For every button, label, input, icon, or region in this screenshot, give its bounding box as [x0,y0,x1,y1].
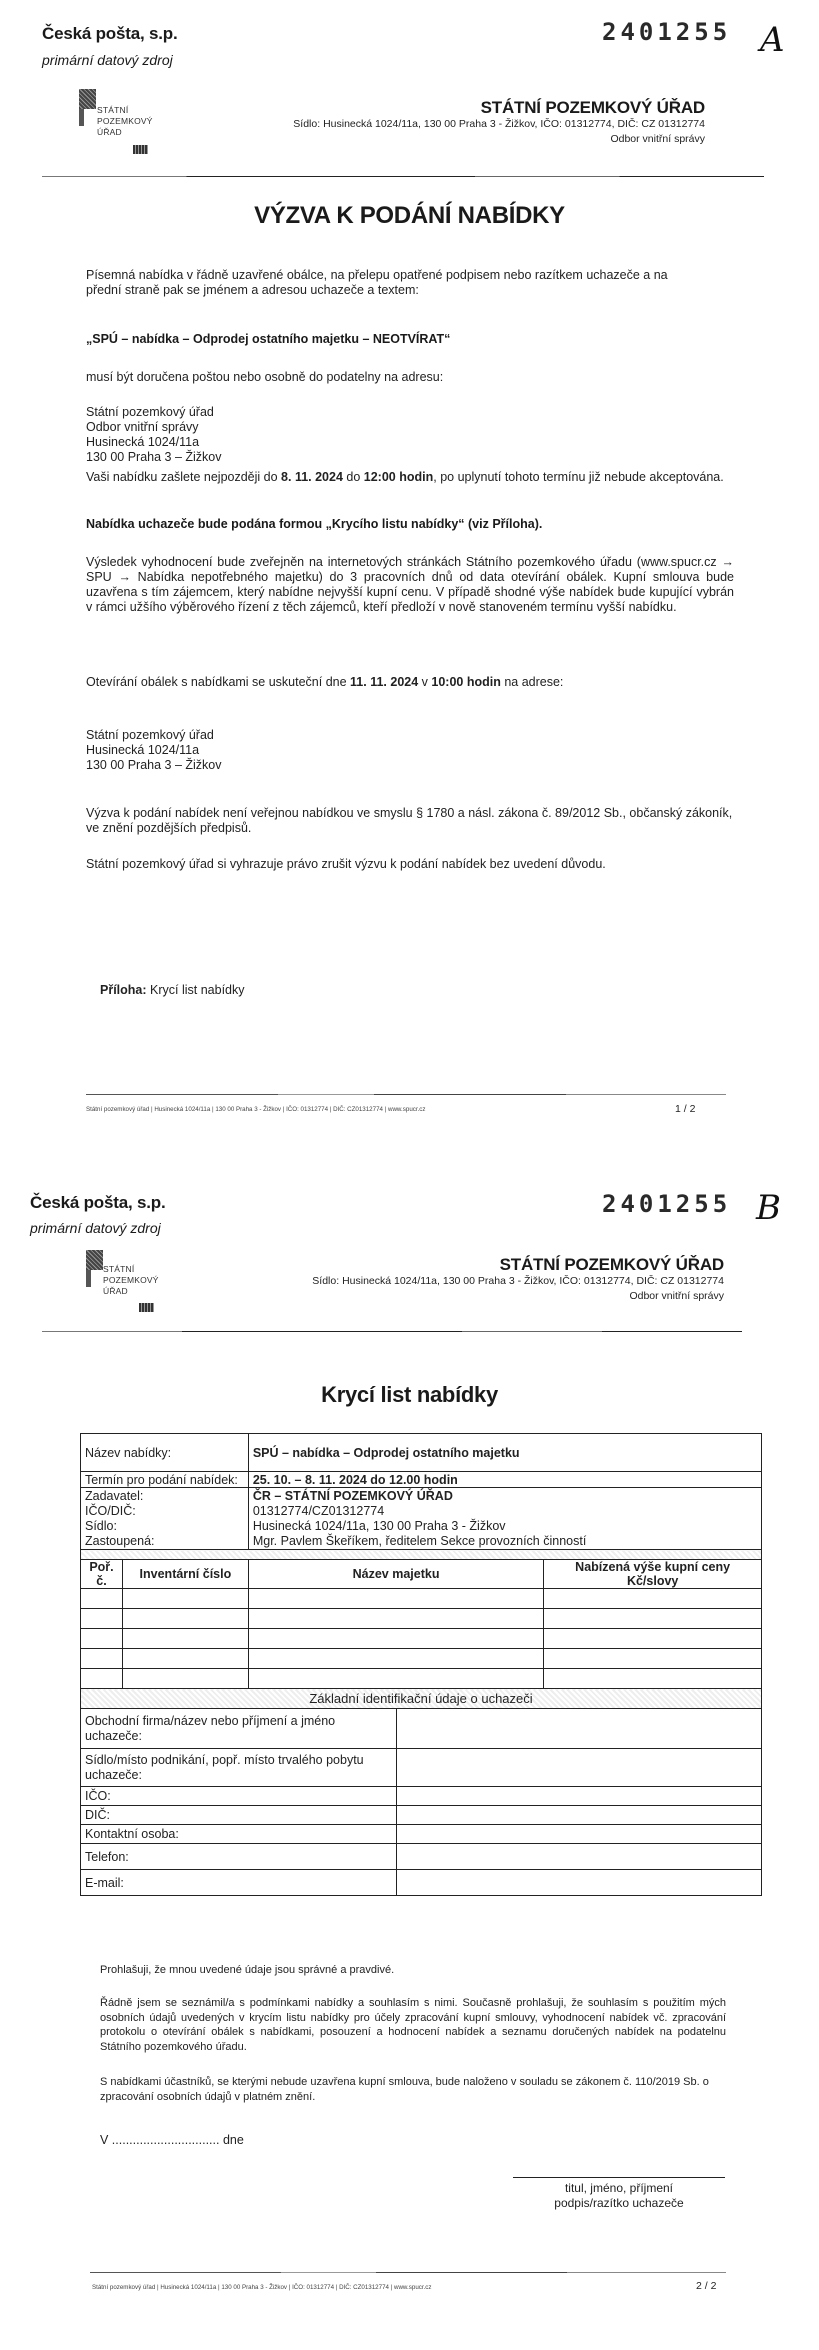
logo-chip-icon [139,1303,154,1312]
bidder-section-title: Základní identifikační údaje o uchazeči [81,1689,762,1709]
footer-divider [90,2272,726,2273]
offer-name-label: Název nabídky: [81,1434,249,1472]
cell-order[interactable] [81,1649,123,1669]
bidder-field-row: Sídlo/místo podnikání, popř. místo trval… [81,1749,762,1787]
envelope-text: „SPÚ – nabídka – Odprodej ostatního maje… [86,332,450,346]
bidder-company-input[interactable] [396,1709,761,1749]
deadline-row: Termín pro podání nabídek: 25. 10. – 8. … [81,1472,762,1488]
footer-text: Státní pozemkový úřad | Husinecká 1024/1… [92,2284,431,2291]
bidder-email-input[interactable] [396,1870,761,1896]
bidder-section-row: Základní identifikační údaje o uchazeči [81,1689,762,1709]
spu-logo [86,1250,103,1270]
logo-text: STÁTNÍ POZEMKOVÝ ÚŘAD [97,105,153,138]
logo-bar-icon [86,1270,91,1287]
bidder-field-row: Obchodní firma/název nebo příjmení a jmé… [81,1709,762,1749]
logo-bar-icon [79,109,84,126]
issuer-values: ČR – STÁTNÍ POZEMKOVÝ ÚŘAD 01312774/CZ01… [248,1488,761,1550]
offer-name-row: Název nabídky: SPÚ – nabídka – Odprodej … [81,1434,762,1472]
opening-paragraph: Otevírání obálek s nabídkami se uskutečn… [86,675,563,690]
bidder-phone-input[interactable] [396,1844,761,1870]
legal-note: Výzva k podání nabídek není veřejnou nab… [86,806,736,836]
cell-inventory[interactable] [122,1669,248,1689]
bidder-field-label: DIČ: [81,1806,397,1825]
spacer-cell [81,1550,762,1560]
logo-mark-icon [79,89,96,109]
opening-address: Státní pozemkový úřad Husinecká 1024/11a… [86,728,222,773]
cover-sheet-table: Název nabídky: SPÚ – nabídka – Odprodej … [80,1433,762,1896]
cell-inventory[interactable] [122,1629,248,1649]
header-divider [42,1331,742,1332]
evaluation-paragraph: Výsledek vyhodnocení bude zveřejněn na i… [86,555,734,615]
bidder-dic-input[interactable] [396,1806,761,1825]
bidder-field-row: E-mail: [81,1870,762,1896]
cell-asset-name[interactable] [248,1609,543,1629]
reservation-note: Státní pozemkový úřad si vyhrazuje právo… [86,857,606,872]
cell-asset-name[interactable] [248,1589,543,1609]
post-subtitle: primární datový zdroj [30,1220,161,1236]
bidder-field-row: IČO: [81,1787,762,1806]
cell-inventory[interactable] [122,1609,248,1629]
deadline-value: 25. 10. – 8. 11. 2024 do 12.00 hodin [248,1472,761,1488]
post-name: Česká pošta, s.p. [30,1193,166,1213]
bidder-field-label: Obchodní firma/název nebo příjmení a jmé… [81,1709,397,1749]
signature-caption: titul, jméno, příjmení podpis/razítko uc… [513,2181,725,2211]
cell-order[interactable] [81,1589,123,1609]
stamp-number: 2401255 [602,1190,731,1218]
bidder-field-row: DIČ: [81,1806,762,1825]
bidder-field-row: Telefon: [81,1844,762,1870]
cell-asset-name[interactable] [248,1649,543,1669]
cover-sheet-title: Krycí list nabídky [0,1382,819,1408]
items-row [81,1649,762,1669]
page-number: 1 / 2 [675,1103,695,1115]
bidder-ico-input[interactable] [396,1787,761,1806]
cell-inventory[interactable] [122,1649,248,1669]
spu-logo [79,89,96,109]
items-row [81,1629,762,1649]
form-note: Nabídka uchazeče bude podána formou „Kry… [86,517,542,531]
bidder-field-label: Telefon: [81,1844,397,1870]
bidder-field-label: E-mail: [81,1870,397,1896]
org-title: STÁTNÍ POZEMKOVÝ ÚŘAD [481,98,705,118]
logo-text: STÁTNÍ POZEMKOVÝ ÚŘAD [103,1264,159,1297]
deadline-paragraph: Vaši nabídku zašlete nejpozději do 8. 11… [86,470,734,485]
cell-price[interactable] [544,1629,762,1649]
cell-inventory[interactable] [122,1589,248,1609]
stamp-letter: A [760,20,785,60]
cell-asset-name[interactable] [248,1669,543,1689]
items-row [81,1609,762,1629]
signature-line[interactable] [513,2177,725,2178]
offer-name-value: SPÚ – nabídka – Odprodej ostatního majet… [248,1434,761,1472]
place-date-line[interactable]: V ............................... dne [100,2133,244,2148]
page-number: 2 / 2 [696,2280,716,2292]
header-divider [42,176,764,177]
bidder-field-label: Kontaktní osoba: [81,1825,397,1844]
col-header-price: Nabízená výše kupní ceny Kč/slovy [544,1560,762,1589]
cell-order[interactable] [81,1629,123,1649]
org-title: STÁTNÍ POZEMKOVÝ ÚŘAD [500,1255,724,1275]
delivery-intro: musí být doručena poštou nebo osobně do … [86,370,443,385]
cell-price[interactable] [544,1589,762,1609]
post-subtitle: primární datový zdroj [42,52,173,68]
col-header-order: Poř. č. [81,1560,123,1589]
logo-mark-icon [86,1250,103,1270]
stamp-number: 2401255 [602,18,731,46]
issuer-labels: Zadavatel: IČO/DIČ: Sídlo: Zastoupená: [81,1488,249,1550]
delivery-address: Státní pozemkový úřad Odbor vnitřní sprá… [86,405,222,465]
shaded-spacer [81,1550,762,1560]
logo-chip-icon [133,145,148,154]
cell-asset-name[interactable] [248,1629,543,1649]
cell-order[interactable] [81,1609,123,1629]
bidder-field-row: Kontaktní osoba: [81,1825,762,1844]
org-department: Odbor vnitřní správy [629,1290,724,1302]
col-header-asset-name: Název majetku [248,1560,543,1589]
cell-price[interactable] [544,1649,762,1669]
items-header-row: Poř. č. Inventární číslo Název majetku N… [81,1560,762,1589]
attachment-line: Příloha: Krycí list nabídky [100,983,245,998]
issuer-row: Zadavatel: IČO/DIČ: Sídlo: Zastoupená: Č… [81,1488,762,1550]
declaration-2: Řádně jsem se seznámil/a s podmínkami na… [100,1996,726,2054]
cell-price[interactable] [544,1609,762,1629]
deadline-label: Termín pro podání nabídek: [81,1472,249,1488]
bidder-field-label: IČO: [81,1787,397,1806]
items-row [81,1669,762,1689]
items-row [81,1589,762,1609]
bidder-field-label: Sídlo/místo podnikání, popř. místo trval… [81,1749,397,1787]
bidder-contact-input[interactable] [396,1825,761,1844]
page-title: VÝZVA K PODÁNÍ NABÍDKY [0,202,819,230]
stamp-letter: B [756,1188,781,1228]
post-name: Česká pošta, s.p. [42,24,178,44]
cell-order[interactable] [81,1669,123,1689]
cell-price[interactable] [544,1669,762,1689]
col-header-inventory: Inventární číslo [122,1560,248,1589]
footer-divider [86,1094,726,1095]
org-address: Sídlo: Husinecká 1024/11a, 130 00 Praha … [312,1275,724,1287]
org-address: Sídlo: Husinecká 1024/11a, 130 00 Praha … [293,118,705,130]
declaration-3: S nabídkami účastníků, se kterými nebude… [100,2075,728,2104]
declaration-1: Prohlašuji, že mnou uvedené údaje jsou s… [100,1963,394,1978]
bidder-address-input[interactable] [396,1749,761,1787]
footer-text: Státní pozemkový úřad | Husinecká 1024/1… [86,1106,425,1113]
org-department: Odbor vnitřní správy [610,133,705,145]
intro-paragraph: Písemná nabídka v řádně uzavřené obálce,… [86,268,676,298]
